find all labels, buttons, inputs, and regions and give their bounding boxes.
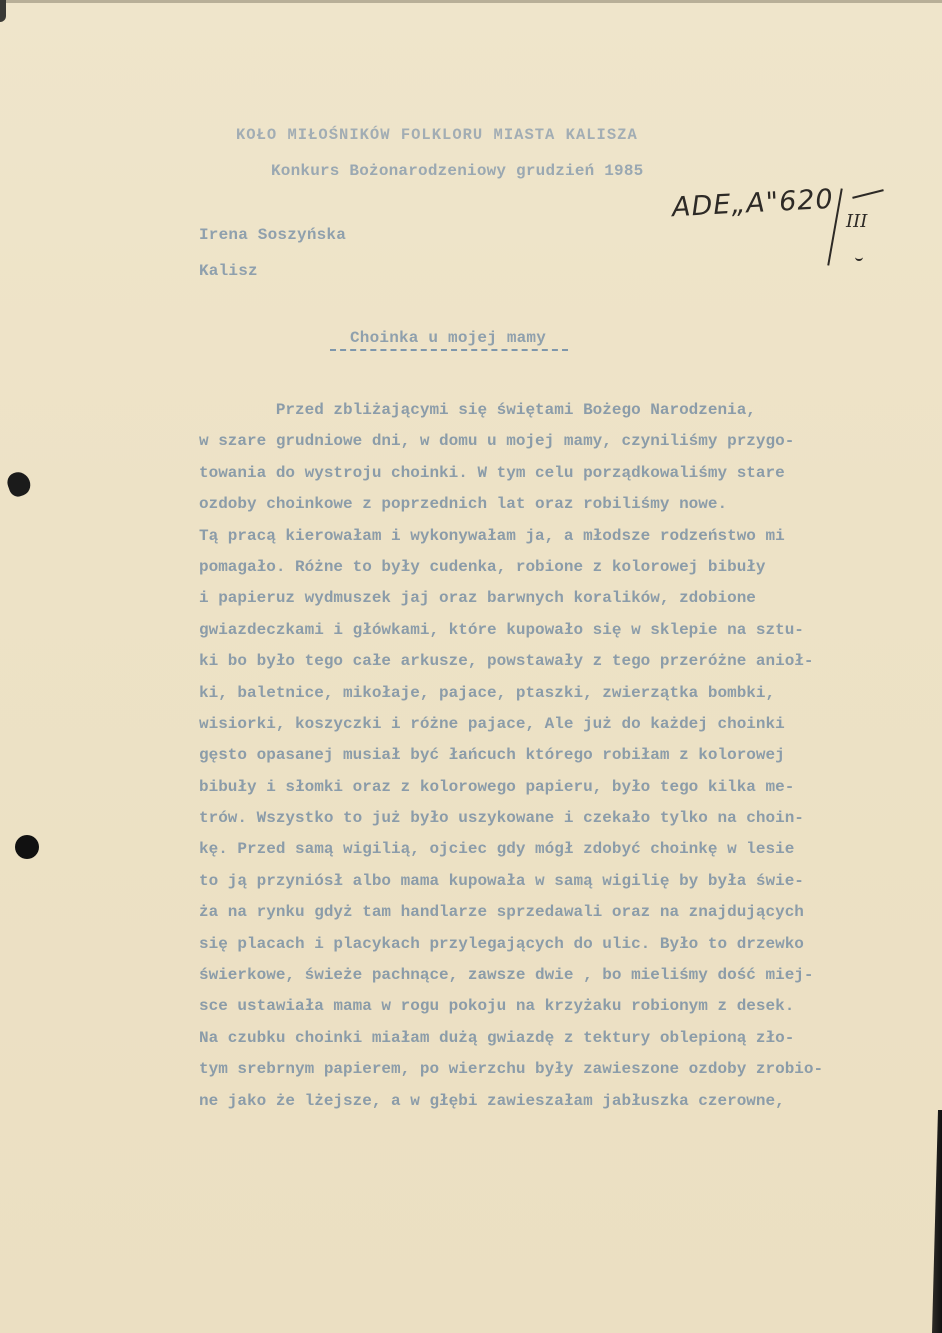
contest-header: Konkurs Bożonarodzeniowy grudzień 1985 <box>271 162 643 180</box>
body-line: i papieruz wydmuszek jaj oraz barwnych k… <box>199 583 919 614</box>
body-line: ne jako że lżejsze, a w głębi zawieszała… <box>199 1086 919 1117</box>
body-line: bibuły i słomki oraz z kolorowego papier… <box>199 772 919 803</box>
archive-mark-bar <box>852 189 884 199</box>
document-title: Choinka u mojej mamy <box>330 329 568 351</box>
scanned-document-page: KOŁO MIŁOŚNIKÓW FOLKLORU MIASTA KALISZA … <box>0 0 942 1333</box>
page-top-edge <box>0 0 942 3</box>
body-line: pomagało. Różne to były cudenka, robione… <box>199 552 919 583</box>
body-line: się placach i placykach przylegających d… <box>199 929 919 960</box>
body-line: wisiorki, koszyczki i różne pajace, Ale … <box>199 709 919 740</box>
body-line: sce ustawiała mama w rogu pokoju na krzy… <box>199 991 919 1022</box>
body-line: ozdoby choinkowe z poprzednich lat oraz … <box>199 489 919 520</box>
body-line: Tą pracą kierowałam i wykonywałam ja, a … <box>199 521 919 552</box>
body-line: gwiazdeczkami i główkami, które kupowało… <box>199 615 919 646</box>
organization-header: KOŁO MIŁOŚNIKÓW FOLKLORU MIASTA KALISZA <box>236 126 638 144</box>
body-line: kę. Przed samą wigilią, ojciec gdy mógł … <box>199 834 919 865</box>
archive-mark-volume: III <box>846 211 867 232</box>
body-line: ki, baletnice, mikołaje, pajace, ptaszki… <box>199 678 919 709</box>
scan-corner-shadow <box>0 0 6 22</box>
body-line: to ją przyniósł albo mama kupowała w sam… <box>199 866 919 897</box>
punch-hole-icon <box>5 469 34 499</box>
scan-edge-shadow <box>932 1110 942 1333</box>
archive-mark-tick <box>855 255 863 261</box>
body-line: trów. Wszystko to już było uszykowane i … <box>199 803 919 834</box>
body-line: w szare grudniowe dni, w domu u mojej ma… <box>199 426 919 457</box>
body-line: świerkowe, świeże pachnące, zawsze dwie … <box>199 960 919 991</box>
archive-mark-code: ADE„A"620 <box>671 184 834 223</box>
body-line: gęsto opasanej musiał być łańcuch któreg… <box>199 740 919 771</box>
document-body: Przed zbliżającymi się świętami Bożego N… <box>199 395 919 1117</box>
body-line: ki bo było tego całe arkusze, powstawały… <box>199 646 919 677</box>
body-line: ża na rynku gdyż tam handlarze sprzedawa… <box>199 897 919 928</box>
author-city: Kalisz <box>199 262 258 280</box>
body-line: tym srebrnym papierem, po wierzchu były … <box>199 1054 919 1085</box>
body-line: Na czubku choinki miałam dużą gwiazdę z … <box>199 1023 919 1054</box>
body-line: Przed zbliżającymi się świętami Bożego N… <box>199 395 919 426</box>
author-name: Irena Soszyńska <box>199 226 346 244</box>
body-line: towania do wystroju choinki. W tym celu … <box>199 458 919 489</box>
punch-hole-icon <box>15 835 39 859</box>
